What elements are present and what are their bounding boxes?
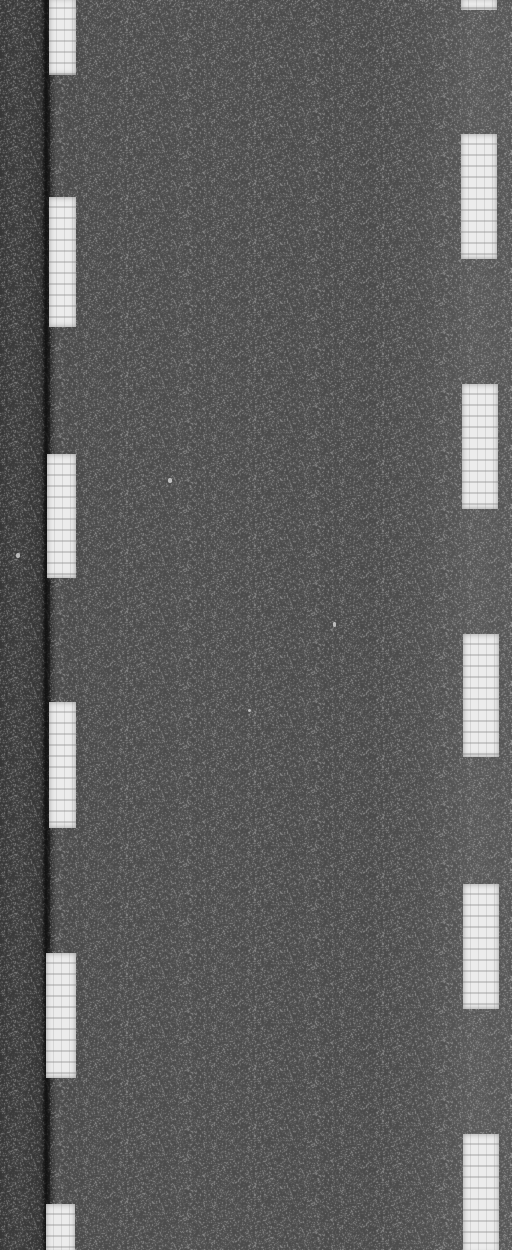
left-lane-dash <box>49 197 76 327</box>
debris-speck <box>16 553 20 558</box>
right-lane-dash <box>461 0 497 10</box>
right-lane-dash <box>461 134 497 259</box>
right-lane-dash <box>463 634 499 757</box>
debris-speck <box>248 709 251 712</box>
right-lane-dash <box>463 884 499 1009</box>
left-lane-dash <box>49 0 76 75</box>
right-lane-dash <box>463 1134 499 1250</box>
left-lane-dash <box>46 953 76 1078</box>
debris-speck <box>168 478 172 483</box>
left-lane-dash <box>46 1204 75 1250</box>
left-lane-dash <box>49 702 76 828</box>
left-lane-dash <box>47 454 76 578</box>
asphalt-texture <box>0 0 512 1250</box>
right-lane-dash <box>462 384 498 509</box>
debris-speck <box>333 622 336 627</box>
road-surface <box>0 0 512 1250</box>
